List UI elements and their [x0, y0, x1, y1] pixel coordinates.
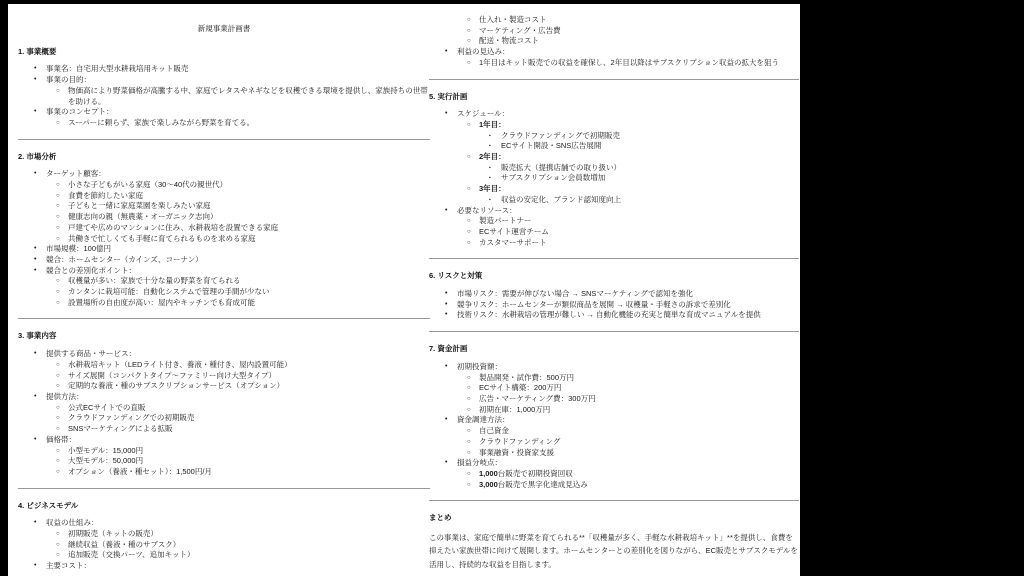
bullet-icon: • — [445, 289, 457, 300]
list-item-text: 食費を節約したい家庭 — [68, 191, 430, 202]
list-item: ○追加販売（交換パーツ、追加キット） — [18, 550, 430, 561]
bullet-icon: ○ — [56, 287, 68, 298]
list-item: ○1,000台販売で初期投資回収 — [429, 469, 799, 480]
list-item-text: 広告・マーケティング費：300万円 — [479, 394, 799, 405]
list-item: ○初期在庫：1,000万円 — [429, 405, 799, 416]
section-divider — [429, 79, 799, 80]
list-item: •事業の目的： — [18, 75, 430, 86]
list-item-text: 1,000台販売で初期投資回収 — [479, 469, 799, 480]
bullet-icon: • — [34, 349, 46, 360]
list-item-text: ECサイト運営チーム — [479, 227, 799, 238]
list-item: ○戸建てや広めのマンションに住み、水耕栽培を設置できる家庭 — [18, 223, 430, 234]
list-item-text: ターゲット顧客： — [46, 169, 430, 180]
bullet-icon: ▪ — [489, 163, 501, 174]
bullet-icon: ○ — [467, 120, 479, 131]
list-item-text: 定期的な養液・種のサブスクリプションサービス（オプション） — [68, 381, 430, 392]
bullet-icon: ○ — [467, 36, 479, 47]
document-title: 新規事業計画書 — [18, 24, 430, 35]
document-page: 新規事業計画書 1. 事業概要•事業名：自宅用大型水耕栽培用キット販売•事業の目… — [8, 4, 800, 576]
list-item-text: 3,000台販売で黒字化達成見込み — [479, 480, 799, 491]
bullet-icon: ○ — [467, 448, 479, 459]
list-item-text: 自己資金 — [479, 426, 799, 437]
list-item-text: 提供する商品・サービス： — [46, 349, 430, 360]
bullet-icon: ○ — [467, 394, 479, 405]
list-item: ○1年目： — [429, 120, 799, 131]
bullet-icon: • — [34, 518, 46, 529]
list-item-text: 事業融資・投資家支援 — [479, 448, 799, 459]
bullet-icon: ○ — [56, 86, 68, 97]
list-item-text: クラウドファンディングでの初期販売 — [68, 413, 430, 424]
list-item-text: スケジュール： — [457, 109, 799, 120]
list-item-text: スーパーに頼らず、家族で楽しみながら野菜を育てる。 — [68, 118, 430, 129]
bullet-icon: • — [34, 392, 46, 403]
list-item: ○1年目はキット販売での収益を確保し、2年目以降はサブスクリプション収益の拡大を… — [429, 58, 799, 69]
list-item-text: 損益分岐点： — [457, 458, 799, 469]
list-item-text: 製品開発・試作費：500万円 — [479, 373, 799, 384]
right-column: ○仕入れ・製造コスト○マーケティング・広告費○配送・物流コスト•利益の見込み：○… — [429, 4, 799, 571]
list-item-text: 配送・物流コスト — [479, 36, 799, 47]
bullet-icon: ○ — [467, 426, 479, 437]
bullet-icon: ○ — [56, 276, 68, 287]
left-column: 新規事業計画書 1. 事業概要•事業名：自宅用大型水耕栽培用キット販売•事業の目… — [18, 4, 430, 572]
list-item: •利益の見込み： — [429, 47, 799, 58]
list-item-text: 健康志向の親（無農薬・オーガニック志向） — [68, 212, 430, 223]
list-item: ○物価高により野菜価格が高騰する中、家庭でレタスやネギなどを収穫できる環境を提供… — [18, 86, 430, 107]
list-item: ○継続収益（養液・種のサブスク） — [18, 540, 430, 551]
list-item-text: 台販売で黒字化達成見込み — [498, 480, 588, 489]
list-item-text: ECサイト構築：200万円 — [479, 383, 799, 394]
list-item-text: 収益の安定化、ブランド認知度向上 — [501, 195, 799, 206]
list-item-text: 水耕栽培キット（LEDライト付き、養液・種付き、屋内設置可能） — [68, 360, 430, 371]
list-item-text: 事業のコンセプト： — [46, 107, 430, 118]
bullet-icon: ○ — [56, 201, 68, 212]
section-divider — [429, 331, 799, 332]
list-item: ○自己資金 — [429, 426, 799, 437]
bullet-icon: ○ — [56, 298, 68, 309]
list-item: ○サイズ展開（コンパクトタイプ〜ファミリー向け大型タイプ） — [18, 371, 430, 382]
bullet-icon: ○ — [56, 540, 68, 551]
section-heading: 3. 事業内容 — [18, 331, 430, 342]
list-item: ○健康志向の親（無農薬・オーガニック志向） — [18, 212, 430, 223]
list-item-text: サブスクリプション会員数増加 — [501, 173, 799, 184]
bullet-icon: ○ — [56, 550, 68, 561]
bullet-icon: ○ — [467, 152, 479, 163]
list-item-text: 初期投資額： — [457, 362, 799, 373]
list-item-text: カンタンに栽培可能：自動化システムで管理の手間が少ない — [68, 287, 430, 298]
list-item-text: 提供方法： — [46, 392, 430, 403]
bullet-icon: • — [34, 75, 46, 86]
bullet-icon: ○ — [56, 413, 68, 424]
list-item-text: 追加販売（交換パーツ、追加キット） — [68, 550, 430, 561]
list-item: ○2年目： — [429, 152, 799, 163]
section-heading: 4. ビジネスモデル — [18, 501, 430, 512]
list-item: •収益の仕組み： — [18, 518, 430, 529]
list-item-text: 技術リスク：水耕栽培の管理が難しい → 自動化機能の充実と簡単な育成マニュアルを… — [457, 310, 799, 321]
summary-paragraph: この事業は、家庭で簡単に野菜を育てられる**「収穫量が多く、手軽な水耕栽培キット… — [429, 531, 799, 571]
bullet-icon: • — [34, 107, 46, 118]
list-item: ○子どもと一緒に家庭菜園を楽しみたい家庭 — [18, 201, 430, 212]
section-divider — [429, 258, 799, 259]
bullet-icon: ○ — [56, 456, 68, 467]
bullet-icon: • — [445, 109, 457, 120]
section-heading: まとめ — [429, 513, 799, 524]
list-item: ▪サブスクリプション会員数増加 — [429, 173, 799, 184]
list-item-text: 資金調達方法： — [457, 415, 799, 426]
list-item-text: 事業の目的： — [46, 75, 430, 86]
list-item-text: 価格帯： — [46, 435, 430, 446]
list-item: ○製品開発・試作費：500万円 — [429, 373, 799, 384]
list-item: ○クラウドファンディング — [429, 437, 799, 448]
list-item-text: 1年目： — [479, 120, 799, 131]
list-item: ○クラウドファンディングでの初期販売 — [18, 413, 430, 424]
bullet-icon: ○ — [467, 227, 479, 238]
bullet-icon: ○ — [467, 480, 479, 491]
bullet-icon: • — [34, 435, 46, 446]
bullet-icon: ○ — [56, 403, 68, 414]
list-item: ▪収益の安定化、ブランド認知度向上 — [429, 195, 799, 206]
bullet-icon: ○ — [56, 191, 68, 202]
bullet-list: •事業名：自宅用大型水耕栽培用キット販売•事業の目的：○物価高により野菜価格が高… — [18, 64, 430, 128]
list-item-text: 戸建てや広めのマンションに住み、水耕栽培を設置できる家庭 — [68, 223, 430, 234]
list-item-text: 小さな子どもがいる家庭（30〜40代の親世代） — [68, 180, 430, 191]
list-item: ○事業融資・投資家支援 — [429, 448, 799, 459]
list-item: ○大型モデル：50,000円 — [18, 456, 430, 467]
list-item: ○定期的な養液・種のサブスクリプションサービス（オプション） — [18, 381, 430, 392]
section-divider — [429, 500, 799, 501]
section-heading: 7. 資金計画 — [429, 344, 799, 355]
list-item: ○小さな子どもがいる家庭（30〜40代の親世代） — [18, 180, 430, 191]
list-item: ○スーパーに頼らず、家族で楽しみながら野菜を育てる。 — [18, 118, 430, 129]
bullet-icon: ○ — [56, 467, 68, 478]
bullet-icon: ○ — [467, 15, 479, 26]
list-item-text: SNSマーケティングによる拡販 — [68, 424, 430, 435]
list-item: •主要コスト： — [18, 561, 430, 572]
bullet-icon: • — [445, 310, 457, 321]
bullet-icon: • — [445, 300, 457, 311]
list-item: ○ECサイト構築：200万円 — [429, 383, 799, 394]
section-heading: 5. 実行計画 — [429, 92, 799, 103]
list-item-text: 3年目： — [479, 184, 799, 195]
bullet-icon: ○ — [467, 238, 479, 249]
bullet-icon: ○ — [467, 373, 479, 384]
list-item: •初期投資額： — [429, 362, 799, 373]
bullet-icon: ▪ — [489, 173, 501, 184]
letterbox-background: 新規事業計画書 1. 事業概要•事業名：自宅用大型水耕栽培用キット販売•事業の目… — [0, 0, 1024, 576]
bullet-icon: • — [445, 458, 457, 469]
list-item: •競合：ホームセンター（カインズ、コーナン） — [18, 255, 430, 266]
list-item-text: 公式ECサイトでの直販 — [68, 403, 430, 414]
list-item-text: 3,000 — [479, 480, 498, 489]
list-item: ○初期販売（キットの販売） — [18, 529, 430, 540]
bullet-icon: • — [34, 64, 46, 75]
list-item-text: 必要なリソース： — [457, 206, 799, 217]
list-item-text: 競争リスク：ホームセンターが類似商品を展開 → 収穫量・手軽さの訴求で差別化 — [457, 300, 799, 311]
bullet-icon: ○ — [56, 371, 68, 382]
list-item: •必要なリソース： — [429, 206, 799, 217]
list-item: •スケジュール： — [429, 109, 799, 120]
list-item: •市場規模：100億円 — [18, 244, 430, 255]
bullet-icon: • — [34, 266, 46, 277]
list-item-text: 1年目はキット販売での収益を確保し、2年目以降はサブスクリプション収益の拡大を狙… — [479, 58, 799, 69]
list-item: •市場リスク：需要が伸びない場合 → SNSマーケティングで認知を強化 — [429, 289, 799, 300]
list-item: •事業のコンセプト： — [18, 107, 430, 118]
list-item: •事業名：自宅用大型水耕栽培用キット販売 — [18, 64, 430, 75]
bullet-icon: ○ — [56, 212, 68, 223]
bullet-list: •初期投資額：○製品開発・試作費：500万円○ECサイト構築：200万円○広告・… — [429, 362, 799, 490]
bullet-icon: ○ — [56, 180, 68, 191]
list-item-text: 仕入れ・製造コスト — [479, 15, 799, 26]
bullet-list: •収益の仕組み：○初期販売（キットの販売）○継続収益（養液・種のサブスク）○追加… — [18, 518, 430, 572]
section-heading: 2. 市場分析 — [18, 152, 430, 163]
list-item: ▪ECサイト開設・SNS広告展開 — [429, 141, 799, 152]
list-item: ○公式ECサイトでの直販 — [18, 403, 430, 414]
list-item-text: 初期在庫：1,000万円 — [479, 405, 799, 416]
list-item-text: 収益の仕組み： — [46, 518, 430, 529]
list-item: ○小型モデル：15,000円 — [18, 446, 430, 457]
bullet-icon: ○ — [56, 223, 68, 234]
list-item-text: サイズ展開（コンパクトタイプ〜ファミリー向け大型タイプ） — [68, 371, 430, 382]
list-item-text: 主要コスト： — [46, 561, 430, 572]
right-column-blocks: ○仕入れ・製造コスト○マーケティング・広告費○配送・物流コスト•利益の見込み：○… — [429, 15, 799, 571]
list-item: ○カスタマーサポート — [429, 238, 799, 249]
list-item-text: 収穫量が多い：家族で十分な量の野菜を育てられる — [68, 276, 430, 287]
list-item: ○水耕栽培キット（LEDライト付き、養液・種付き、屋内設置可能） — [18, 360, 430, 371]
list-item: ○マーケティング・広告費 — [429, 26, 799, 37]
bullet-icon: • — [34, 169, 46, 180]
section-divider — [18, 488, 430, 489]
bullet-icon: ○ — [56, 446, 68, 457]
list-item-text: 2年目： — [479, 152, 799, 163]
bullet-icon: • — [34, 561, 46, 572]
section-heading: 1. 事業概要 — [18, 47, 430, 58]
bullet-icon: • — [34, 255, 46, 266]
list-item-text: 市場規模：100億円 — [46, 244, 430, 255]
list-item-text: 販売拡大（提携店舗での取り扱い） — [501, 163, 799, 174]
list-item-text: 1,000 — [479, 469, 498, 478]
bullet-icon: ○ — [467, 184, 479, 195]
bullet-icon: • — [445, 206, 457, 217]
bullet-icon: • — [445, 415, 457, 426]
list-item: ○仕入れ・製造コスト — [429, 15, 799, 26]
list-item-text: 競合：ホームセンター（カインズ、コーナン） — [46, 255, 430, 266]
bullet-icon: ○ — [467, 383, 479, 394]
list-item: ○配送・物流コスト — [429, 36, 799, 47]
bullet-icon: • — [445, 47, 457, 58]
bullet-list: •市場リスク：需要が伸びない場合 → SNSマーケティングで認知を強化•競争リス… — [429, 289, 799, 321]
list-item-text: 大型モデル：50,000円 — [68, 456, 430, 467]
section-divider — [18, 318, 430, 319]
list-item-text: 事業名：自宅用大型水耕栽培用キット販売 — [46, 64, 430, 75]
bullet-icon: • — [34, 244, 46, 255]
list-item: •競争リスク：ホームセンターが類似商品を展開 → 収穫量・手軽さの訴求で差別化 — [429, 300, 799, 311]
bullet-icon: ○ — [467, 58, 479, 69]
bullet-icon: ○ — [56, 424, 68, 435]
bullet-icon: ○ — [56, 529, 68, 540]
list-item: ○3年目： — [429, 184, 799, 195]
list-item-text: 設置場所の自由度が高い：屋内やキッチンでも育成可能 — [68, 298, 430, 309]
list-item-text: 製造パートナー — [479, 216, 799, 227]
list-item-text: 利益の見込み： — [457, 47, 799, 58]
list-item-text: カスタマーサポート — [479, 238, 799, 249]
bullet-icon: ○ — [56, 381, 68, 392]
bullet-icon: ○ — [467, 216, 479, 227]
list-item: ○食費を節約したい家庭 — [18, 191, 430, 202]
list-item: ○3,000台販売で黒字化達成見込み — [429, 480, 799, 491]
list-item-text: 子どもと一緒に家庭菜園を楽しみたい家庭 — [68, 201, 430, 212]
bullet-list: ○仕入れ・製造コスト○マーケティング・広告費○配送・物流コスト•利益の見込み：○… — [429, 15, 799, 69]
list-item-text: 初期販売（キットの販売） — [68, 529, 430, 540]
list-item: •価格帯： — [18, 435, 430, 446]
list-item-text: 競合との差別化ポイント： — [46, 266, 430, 277]
section-divider — [18, 139, 430, 140]
list-item: ▪販売拡大（提携店舗での取り扱い） — [429, 163, 799, 174]
list-item: •競合との差別化ポイント： — [18, 266, 430, 277]
list-item: ○共働きで忙しくても手軽に育てられるものを求める家庭 — [18, 234, 430, 245]
bullet-icon: ▪ — [489, 141, 501, 152]
list-item: •提供方法： — [18, 392, 430, 403]
list-item-text: 物価高により野菜価格が高騰する中、家庭でレタスやネギなどを収穫できる環境を提供し… — [68, 86, 430, 107]
list-item: •提供する商品・サービス： — [18, 349, 430, 360]
list-item: ○設置場所の自由度が高い：屋内やキッチンでも育成可能 — [18, 298, 430, 309]
list-item-text: 小型モデル：15,000円 — [68, 446, 430, 457]
list-item: •資金調達方法： — [429, 415, 799, 426]
bullet-icon: ○ — [467, 405, 479, 416]
bullet-icon: • — [445, 362, 457, 373]
bullet-list: •スケジュール：○1年目：▪クラウドファンディングで初期販売▪ECサイト開設・S… — [429, 109, 799, 248]
list-item: ○製造パートナー — [429, 216, 799, 227]
list-item-text: ECサイト開設・SNS広告展開 — [501, 141, 799, 152]
list-item: •ターゲット顧客： — [18, 169, 430, 180]
bullet-icon: ○ — [467, 469, 479, 480]
section-heading: 6. リスクと対策 — [429, 271, 799, 282]
list-item: ○収穫量が多い：家族で十分な量の野菜を育てられる — [18, 276, 430, 287]
bullet-icon: ○ — [467, 437, 479, 448]
list-item: •技術リスク：水耕栽培の管理が難しい → 自動化機能の充実と簡単な育成マニュアル… — [429, 310, 799, 321]
list-item-text: 継続収益（養液・種のサブスク） — [68, 540, 430, 551]
bullet-icon: ○ — [467, 26, 479, 37]
list-item: ○SNSマーケティングによる拡販 — [18, 424, 430, 435]
list-item: ○カンタンに栽培可能：自動化システムで管理の手間が少ない — [18, 287, 430, 298]
list-item: ○広告・マーケティング費：300万円 — [429, 394, 799, 405]
bullet-icon: ○ — [56, 234, 68, 245]
list-item: ○オプション（養液・種セット）：1,500円/月 — [18, 467, 430, 478]
list-item-text: 共働きで忙しくても手軽に育てられるものを求める家庭 — [68, 234, 430, 245]
list-item: ▪クラウドファンディングで初期販売 — [429, 131, 799, 142]
list-item-text: クラウドファンディング — [479, 437, 799, 448]
bullet-list: •ターゲット顧客：○小さな子どもがいる家庭（30〜40代の親世代）○食費を節約し… — [18, 169, 430, 308]
bullet-icon: ▪ — [489, 131, 501, 142]
bullet-icon: ▪ — [489, 195, 501, 206]
list-item-text: 台販売で初期投資回収 — [498, 469, 573, 478]
list-item: •損益分岐点： — [429, 458, 799, 469]
bullet-icon: ○ — [56, 118, 68, 129]
left-column-blocks: 1. 事業概要•事業名：自宅用大型水耕栽培用キット販売•事業の目的：○物価高によ… — [18, 47, 430, 572]
bullet-icon: ○ — [56, 360, 68, 371]
list-item-text: オプション（養液・種セット）：1,500円/月 — [68, 467, 430, 478]
list-item-text: マーケティング・広告費 — [479, 26, 799, 37]
list-item-text: 市場リスク：需要が伸びない場合 → SNSマーケティングで認知を強化 — [457, 289, 799, 300]
list-item: ○ECサイト運営チーム — [429, 227, 799, 238]
bullet-list: •提供する商品・サービス：○水耕栽培キット（LEDライト付き、養液・種付き、屋内… — [18, 349, 430, 477]
list-item-text: クラウドファンディングで初期販売 — [501, 131, 799, 142]
